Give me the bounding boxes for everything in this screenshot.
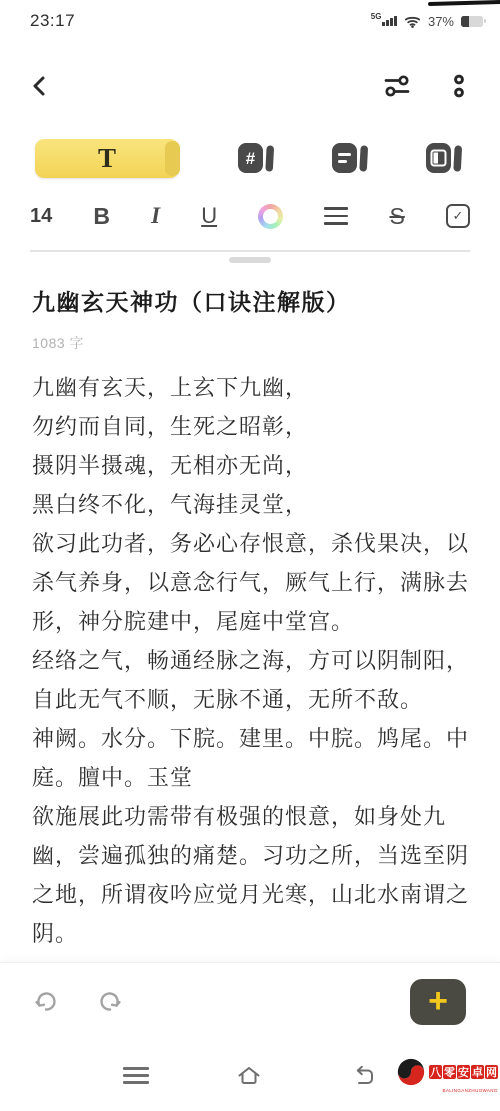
hashtag-stamp-icon: # bbox=[236, 140, 276, 178]
note-paragraph: 九幽有玄天，上玄下九幽， bbox=[32, 368, 470, 407]
toolbar-divider bbox=[30, 250, 470, 252]
note-content[interactable]: 九幽玄天神功（口诀注解版） 1083 字 九幽有玄天，上玄下九幽，勿约而自同，生… bbox=[32, 272, 470, 953]
clock: 23:17 bbox=[30, 11, 75, 31]
note-title[interactable]: 九幽玄天神功（口诀注解版） bbox=[32, 272, 470, 317]
sliders-icon bbox=[382, 71, 412, 101]
watermark-char: 网 bbox=[485, 1065, 498, 1079]
drag-handle[interactable] bbox=[229, 257, 271, 263]
layout-table-button[interactable] bbox=[424, 140, 464, 183]
note-paragraph: 经络之气，畅通经脉之海，方可以阴制阳，自此无气不顺，无脉不通，无所不敌。 bbox=[32, 641, 470, 719]
recent-apps-button[interactable] bbox=[123, 1067, 149, 1084]
svg-text:#: # bbox=[246, 149, 256, 168]
wifi-icon bbox=[404, 15, 421, 28]
more-options-button[interactable] bbox=[446, 71, 472, 101]
format-toolbar: 14 B I U S ✓ bbox=[0, 196, 500, 236]
plus-icon: + bbox=[428, 984, 448, 1018]
note-paragraph: 勿约而自同，生死之昭彰， bbox=[32, 407, 470, 446]
note-editor-screen: 23:17 5G 37% bbox=[0, 0, 500, 1111]
settings-tune-button[interactable] bbox=[382, 71, 412, 101]
battery-percent: 37% bbox=[428, 14, 454, 29]
watermark-char: 零 bbox=[443, 1065, 456, 1079]
watermark-char: 卓 bbox=[471, 1065, 484, 1079]
checkbox-icon: ✓ bbox=[446, 204, 470, 228]
editor-bottom-bar: + bbox=[0, 962, 500, 1040]
watermark-char: 八 bbox=[429, 1065, 442, 1079]
battery-icon bbox=[461, 16, 486, 27]
note-paragraph: 欲施展此功需带有极强的恨意，如身处九幽，尝遍孤独的痛楚。习功之所，当选至阴之地，… bbox=[32, 797, 470, 953]
text-lines-stamp-icon bbox=[330, 140, 370, 178]
checklist-button[interactable]: ✓ bbox=[446, 204, 470, 228]
note-paragraph: 神阙。水分。下脘。建里。中脘。鸠尾。中庭。膻中。玉堂 bbox=[32, 719, 470, 797]
note-paragraph: 黑白终不化，气海挂灵堂， bbox=[32, 485, 470, 524]
chevron-left-icon bbox=[28, 74, 52, 98]
template-button[interactable] bbox=[330, 140, 370, 183]
text-style-label: T bbox=[98, 143, 116, 174]
font-size-button[interactable]: 14 bbox=[30, 205, 52, 228]
redo-button[interactable] bbox=[96, 989, 122, 1015]
align-lines-icon bbox=[324, 207, 348, 224]
color-wheel-icon bbox=[258, 204, 283, 229]
back-arrow-icon bbox=[349, 1062, 377, 1090]
home-icon bbox=[235, 1062, 263, 1090]
alignment-button[interactable] bbox=[324, 207, 348, 224]
back-button[interactable] bbox=[28, 74, 52, 98]
app-nav-bar bbox=[0, 60, 500, 112]
note-body[interactable]: 九幽有玄天，上玄下九幽，勿约而自同，生死之昭彰，摄阴半摄魂，无相亦无尚，黑白终不… bbox=[32, 368, 470, 953]
redo-icon bbox=[96, 989, 122, 1015]
two-dots-more-icon bbox=[446, 71, 472, 101]
add-button[interactable]: + bbox=[410, 979, 466, 1025]
font-color-button[interactable] bbox=[258, 204, 283, 229]
home-button[interactable] bbox=[235, 1062, 263, 1090]
underline-button[interactable]: U bbox=[201, 203, 217, 229]
watermark-subtext: BALINGANZHUOWANG bbox=[443, 1089, 498, 1094]
strikethrough-button[interactable]: S bbox=[389, 203, 404, 230]
text-style-button[interactable]: T bbox=[35, 139, 179, 178]
note-paragraph: 欲习此功者，务必心存恨意，杀伐果决，以杀气养身，以意念行气，厥气上行，满脉去形，… bbox=[32, 524, 470, 641]
note-paragraph: 摄阴半摄魂，无相亦无尚， bbox=[32, 446, 470, 485]
status-bar: 23:17 5G 37% bbox=[0, 0, 500, 40]
watermark-logo-icon bbox=[395, 1056, 427, 1088]
undo-icon bbox=[34, 989, 60, 1015]
watermark-name: 八零安卓网 bbox=[429, 1065, 498, 1079]
site-watermark: 八零安卓网 BALINGANZHUOWANG bbox=[395, 1056, 498, 1095]
back-nav-button[interactable] bbox=[349, 1062, 377, 1090]
cellular-signal-icon: 5G bbox=[371, 16, 397, 26]
tag-topic-button[interactable]: # bbox=[236, 140, 276, 183]
bold-button[interactable]: B bbox=[93, 203, 110, 230]
column-layout-stamp-icon bbox=[424, 140, 464, 178]
status-indicators: 5G 37% bbox=[371, 14, 486, 29]
word-count: 1083 字 bbox=[32, 333, 470, 353]
italic-button[interactable]: I bbox=[151, 203, 160, 229]
menu-lines-icon bbox=[123, 1067, 149, 1084]
undo-button[interactable] bbox=[34, 989, 60, 1015]
watermark-char: 安 bbox=[457, 1065, 470, 1079]
